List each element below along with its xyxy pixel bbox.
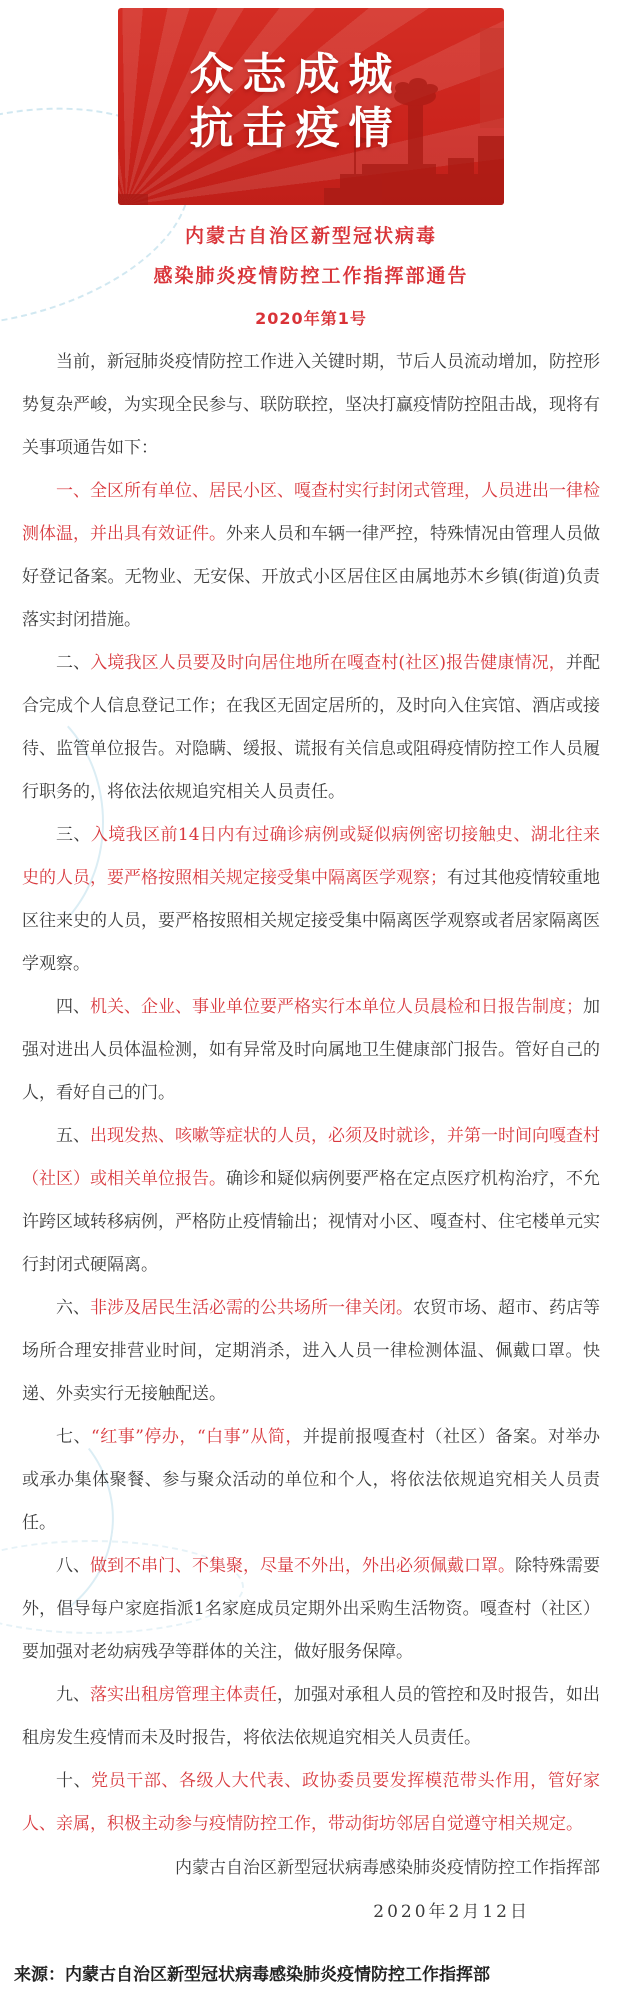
notice-items: 一、全区所有单位、居民小区、嘎查村实行封闭式管理，人员进出一律检测体温，并出具有… [22,470,600,1846]
notice-item: 七、“红事”停办，“白事”从简，并提前报嘎查村（社区）备案。对举办或承办集体聚餐… [22,1416,600,1545]
notice-issue-number: 2020年第1号 [0,306,622,329]
banner-slogan-line1: 众志成城 [118,48,473,102]
notice-page: 众志成城 抗击疫情 内蒙古自治区新型冠状病毒 感染肺炎疫情防控工作指挥部通告 2… [0,0,622,2000]
notice-item: 一、全区所有单位、居民小区、嘎查村实行封闭式管理，人员进出一律检测体温，并出具有… [22,470,600,642]
notice-title-line2: 感染肺炎疫情防控工作指挥部通告 [0,256,622,296]
notice-item: 十、党员干部、各级人大代表、政协委员要发挥模范带头作用，管好家人、亲属，积极主动… [22,1760,600,1846]
source-attribution: 来源：内蒙古自治区新型冠状病毒感染肺炎疫情防控工作指挥部 [14,1960,614,1985]
notice-item: 三、入境我区前14日内有过确诊病例或疑似病例密切接触史、湖北往来史的人员，要严格… [22,814,600,986]
signature-date: 2020年2月12日 [22,1890,600,1934]
notice-item: 二、入境我区人员要及时向居住地所在嘎查村(社区)报告健康情况，并配合完成个人信息… [22,642,600,814]
notice-item: 九、落实出租房管理主体责任，加强对承租人员的管控和及时报告，如出租房发生疫情而未… [22,1674,600,1760]
notice-title-line1: 内蒙古自治区新型冠状病毒 [0,216,622,256]
notice-item: 六、非涉及居民生活必需的公共场所一律关闭。农贸市场、超市、药店等场所合理安排营业… [22,1287,600,1416]
signature-issuer: 内蒙古自治区新型冠状病毒感染肺炎疫情防控工作指挥部 [22,1846,600,1890]
banner-slogan-line2: 抗击疫情 [118,102,473,156]
notice-title-block: 内蒙古自治区新型冠状病毒 感染肺炎疫情防控工作指挥部通告 2020年第1号 [0,216,622,329]
notice-item: 四、机关、企业、事业单位要严格实行本单位人员晨检和日报告制度；加强对进出人员体温… [22,986,600,1115]
notice-item: 五、出现发热、咳嗽等症状的人员，必须及时就诊，并第一时间向嘎查村（社区）或相关单… [22,1115,600,1287]
banner-slogan: 众志成城 抗击疫情 [118,48,473,156]
notice-content: 当前，新冠肺炎疫情防控工作进入关键时期，节后人员流动增加，防控形势复杂严峻，为实… [22,341,600,1934]
notice-item: 八、做到不串门、不集聚，尽量不外出，外出必须佩戴口罩。除特殊需要外，倡导每户家庭… [22,1545,600,1674]
campaign-banner: 众志成城 抗击疫情 [118,8,504,205]
notice-intro: 当前，新冠肺炎疫情防控工作进入关键时期，节后人员流动增加，防控形势复杂严峻，为实… [22,341,600,470]
